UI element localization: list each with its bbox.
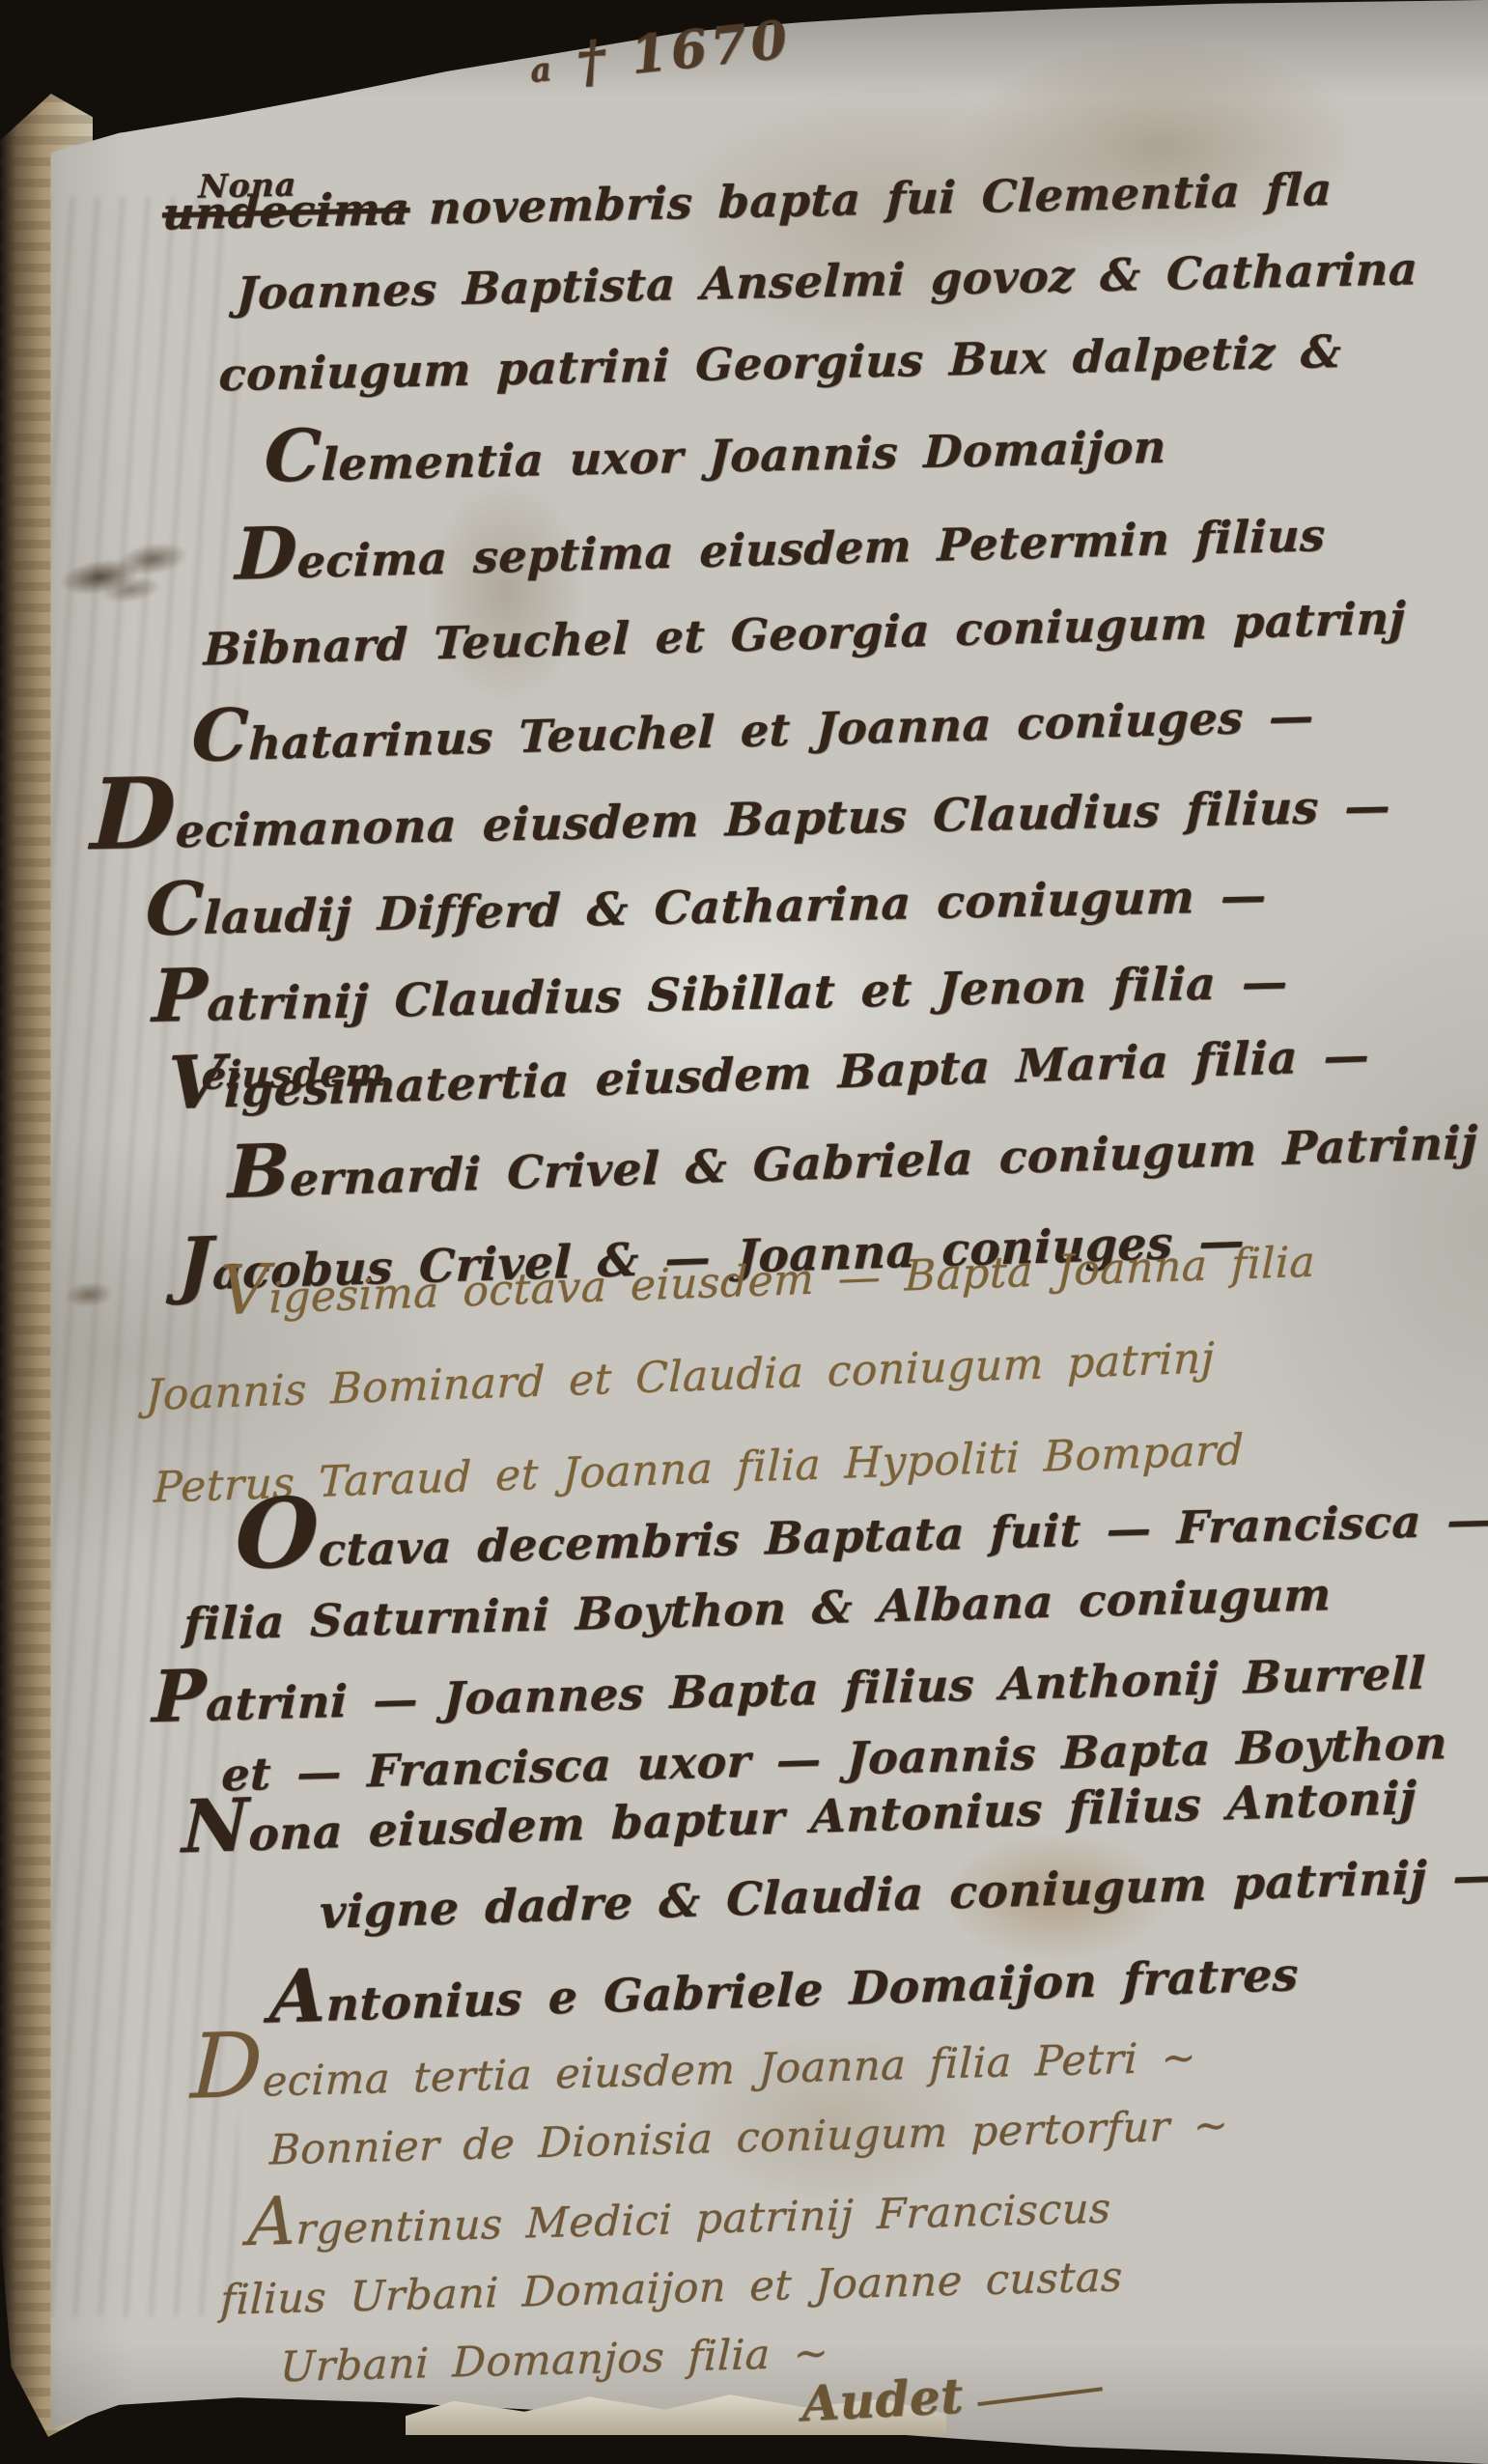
entry-line: Claudij Differd & Catharina coniugum — [145, 858, 1393, 942]
entry-line: Patrini — Joannes Bapta filius Anthonij … [152, 1638, 1488, 1728]
entry-line: vigne dadre & Claudia coniugum patrinij … [319, 1853, 1488, 1935]
entry-line: Bibnard Teuchel et Georgia coniugum patr… [203, 596, 1406, 672]
entry-line: Patrinij Claudius Sibillat et Jenon fili… [152, 945, 1395, 1029]
entry-line: Argentinus Medici patrinij Franciscus [247, 2173, 1232, 2253]
signature-flourish [977, 2387, 1103, 2406]
entry-line: Joannes Baptista Anselmi govoz & Cathari… [236, 246, 1418, 316]
entry-line: Joannis Bominard et Claudia coniugum pat… [145, 1334, 1318, 1417]
entry-line: Antonius e Gabriele Domaijon fratres [268, 1933, 1488, 2030]
baptism-entry-1: Nonaundecimanovembris bapta fui Clementi… [142, 165, 1422, 527]
entry-line: coniugum patrini Georgius Bux dalpetiz & [218, 327, 1420, 397]
entry-line: Bernardi Crivel & Gabriela coniugum Patr… [228, 1107, 1478, 1205]
photographed-register-page: { "colors": { "ink_dark": "#33241a", "in… [0, 0, 1488, 2464]
cross-mark: † [573, 27, 609, 96]
year-label: 1670 [628, 8, 794, 86]
inserted-word: Nona [198, 169, 297, 203]
baptism-entry-8: Decima tertia eiusdem Joanna filia Petri… [150, 2013, 1234, 2419]
signature-text: Audet [800, 2366, 965, 2432]
baptism-entry-7: Nona eiusdem baptur Antonius filius Anto… [170, 1761, 1488, 2068]
entry-line: Clementia uxor Joannis Domaijon [264, 408, 1422, 488]
header-flourish: a [528, 50, 554, 91]
margin-ink-blot [48, 1270, 129, 1321]
entry-line: Chatarinus Teuchel et Joanna coniuges — [191, 681, 1409, 768]
entry-line: filius Urbani Domaijon et Joanne custas [220, 2254, 1233, 2321]
entry-line: Bonnier de Dionisia coniugum pertorfur ~ [269, 2105, 1229, 2171]
entry-line: filia Saturnini Boython & Albana coniugu… [183, 1568, 1488, 1647]
